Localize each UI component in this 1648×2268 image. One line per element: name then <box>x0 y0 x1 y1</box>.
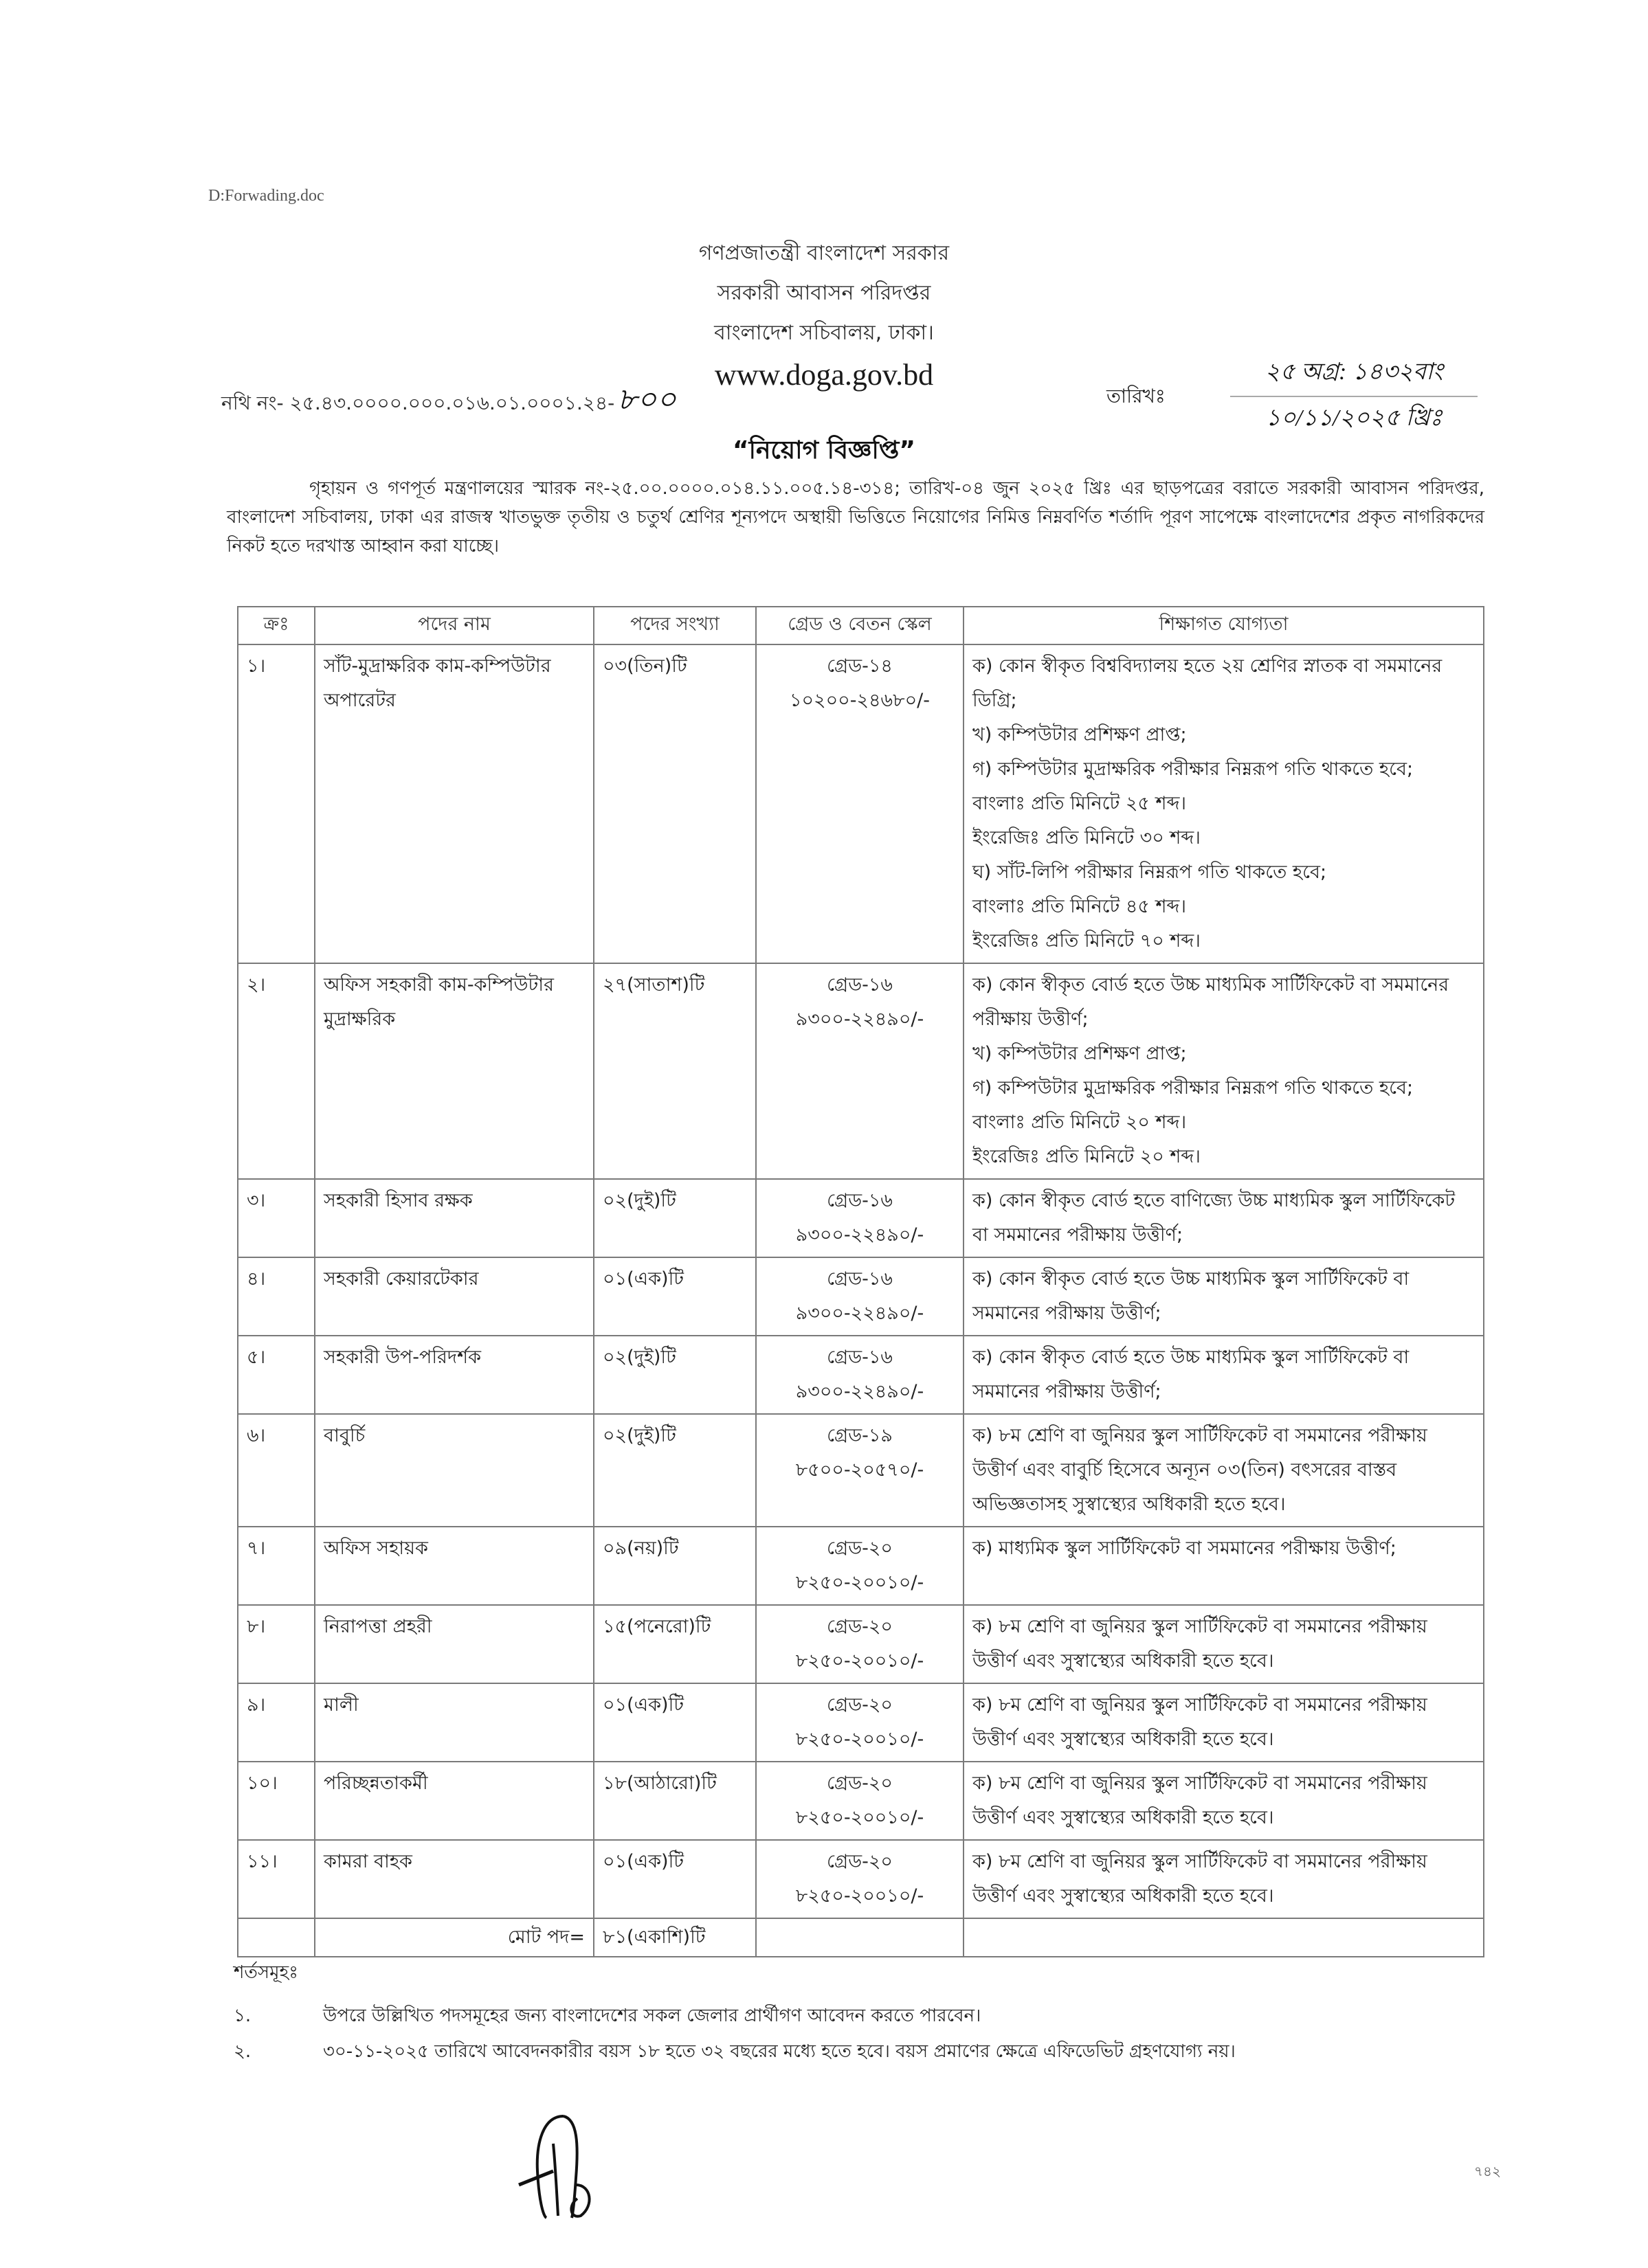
post-name-cell: নিরাপত্তা প্রহরী <box>315 1605 594 1683</box>
pay-scale-text: ৯৩০০-২২৪৯০/- <box>765 1002 955 1037</box>
header-post-count: পদের সংখ্যা <box>594 607 756 644</box>
table-row: ১।সাঁট-মুদ্রাক্ষরিক কাম-কম্পিউটার অপারেট… <box>238 644 1484 963</box>
table-row: ১০।পরিচ্ছন্নতাকর্মী১৮(আঠারো)টিগ্রেড-২০৮২… <box>238 1762 1484 1840</box>
grade-scale-cell: গ্রেড-২০৮২৫০-২০০১০/- <box>756 1840 964 1918</box>
qualification-line: ক) ৮ম শ্রেণি বা জুনিয়র স্কুল সার্টিফিকে… <box>972 1419 1475 1522</box>
qualification-line: ইংরেজিঃ প্রতি মিনিটে ২০ শব্দ। <box>972 1140 1475 1174</box>
grade-text: গ্রেড-১৬ <box>765 1184 955 1218</box>
header-serial: ক্রঃ <box>238 607 315 644</box>
qualification-line: ক) কোন স্বীকৃত বোর্ড হতে উচ্চ মাধ্যমিক স… <box>972 1262 1475 1331</box>
post-count-cell: ১৮(আঠারো)টি <box>594 1762 756 1840</box>
empty-cell <box>964 1918 1484 1957</box>
memo-handwritten-suffix: ৮০০ <box>617 383 676 416</box>
qualification-line: বাংলাঃ প্রতি মিনিটে ২৫ শব্দ। <box>972 787 1475 821</box>
post-count-cell: ০৯(নয়)টি <box>594 1527 756 1605</box>
conditions-section: শর্তসমূহঃ ১. উপরে উল্লিখিত পদসমূহের জন্য… <box>234 1958 1491 2069</box>
qualification-line: ক) ৮ম শ্রেণি বা জুনিয়র স্কুল সার্টিফিকে… <box>972 1766 1475 1835</box>
qualification-line: ক) কোন স্বীকৃত বোর্ড হতে উচ্চ মাধ্যমিক স… <box>972 968 1475 1037</box>
serial-cell: ৩। <box>238 1179 315 1257</box>
qualification-cell: ক) ৮ম শ্রেণি বা জুনিয়র স্কুল সার্টিফিকে… <box>964 1762 1484 1840</box>
page-number: ৭৪২ <box>1474 2162 1501 2184</box>
qualification-cell: ক) ৮ম শ্রেণি বা জুনিয়র স্কুল সার্টিফিকে… <box>964 1683 1484 1762</box>
qualification-cell: ক) ৮ম শ্রেণি বা জুনিয়র স্কুল সার্টিফিকে… <box>964 1840 1484 1918</box>
condition-number: ২. <box>234 2034 323 2069</box>
qualification-line: ইংরেজিঃ প্রতি মিনিটে ৩০ শব্দ। <box>972 821 1475 855</box>
table-row: ৯।মালী০১(এক)টিগ্রেড-২০৮২৫০-২০০১০/-ক) ৮ম … <box>238 1683 1484 1762</box>
header-qualification: শিক্ষাগত যোগ্যতা <box>964 607 1484 644</box>
post-name-cell: কামরা বাহক <box>315 1840 594 1918</box>
empty-cell <box>238 1918 315 1957</box>
grade-scale-cell: গ্রেড-১৬৯৩০০-২২৪৯০/- <box>756 1257 964 1336</box>
memo-number: নথি নং- ২৫.৪৩.০০০০.০০০.০১৬.০১.০০০১.২৪-৮০… <box>221 377 676 427</box>
serial-cell: ৭। <box>238 1527 315 1605</box>
post-count-cell: ১৫(পনেরো)টি <box>594 1605 756 1683</box>
pay-scale-text: ৯৩০০-২২৪৯০/- <box>765 1296 955 1331</box>
post-name-cell: বাবুর্চি <box>315 1414 594 1527</box>
table-row: ৩।সহকারী হিসাব রক্ষক০২(দুই)টিগ্রেড-১৬৯৩০… <box>238 1179 1484 1257</box>
conditions-heading: শর্তসমূহঃ <box>234 1958 1491 1988</box>
qualification-cell: ক) মাধ্যমিক স্কুল সার্টিফিকেট বা সমমানের… <box>964 1527 1484 1605</box>
grade-text: গ্রেড-১৯ <box>765 1419 955 1453</box>
notice-title: “নিয়োগ বিজ্ঞপ্তি” <box>0 431 1648 473</box>
memo-label: নথি নং- <box>221 392 284 414</box>
table-header-row: ক্রঃ পদের নাম পদের সংখ্যা গ্রেড ও বেতন স… <box>238 607 1484 644</box>
qualification-line: ক) কোন স্বীকৃত বোর্ড হতে উচ্চ মাধ্যমিক স… <box>972 1340 1475 1409</box>
serial-cell: ১। <box>238 644 315 963</box>
post-count-cell: ০১(এক)টি <box>594 1840 756 1918</box>
serial-cell: ১০। <box>238 1762 315 1840</box>
serial-cell: ৮। <box>238 1605 315 1683</box>
qualification-line: ক) ৮ম শ্রেণি বা জুনিয়র স্কুল সার্টিফিকে… <box>972 1845 1475 1913</box>
qualification-line: ক) ৮ম শ্রেণি বা জুনিয়র স্কুল সার্টিফিকে… <box>972 1688 1475 1757</box>
grade-text: গ্রেড-২০ <box>765 1610 955 1644</box>
qualification-cell: ক) কোন স্বীকৃত বোর্ড হতে বাণিজ্যে উচ্চ ম… <box>964 1179 1484 1257</box>
grade-scale-cell: গ্রেড-১৬৯৩০০-২২৪৯০/- <box>756 1336 964 1414</box>
total-row: মোট পদ=৮১(একাশি)টি <box>238 1918 1484 1957</box>
pay-scale-text: ৯৩০০-২২৪৯০/- <box>765 1218 955 1253</box>
qualification-line: বাংলাঃ প্রতি মিনিটে ২০ শব্দ। <box>972 1105 1475 1140</box>
post-count-cell: ২৭(সাতাশ)টি <box>594 963 756 1179</box>
grade-text: গ্রেড-১৬ <box>765 1340 955 1375</box>
grade-scale-cell: গ্রেড-১৯৮৫০০-২০৫৭০/- <box>756 1414 964 1527</box>
grade-text: গ্রেড-২০ <box>765 1531 955 1566</box>
serial-cell: ৯। <box>238 1683 315 1762</box>
serial-cell: ৬। <box>238 1414 315 1527</box>
post-name-cell: অফিস সহায়ক <box>315 1527 594 1605</box>
grade-scale-cell: গ্রেড-১৬৯৩০০-২২৪৯০/- <box>756 963 964 1179</box>
qualification-line: ঘ) সাঁট-লিপি পরীক্ষার নিম্নরূপ গতি থাকতে… <box>972 855 1475 890</box>
qualification-cell: ক) কোন স্বীকৃত বোর্ড হতে উচ্চ মাধ্যমিক স… <box>964 1257 1484 1336</box>
condition-text: ৩০-১১-২০২৫ তারিখে আবেদনকারীর বয়স ১৮ হতে… <box>323 2034 1491 2069</box>
pay-scale-text: ৯৩০০-২২৪৯০/- <box>765 1375 955 1409</box>
table-row: ৪।সহকারী কেয়ারটেকার০১(এক)টিগ্রেড-১৬৯৩০০… <box>238 1257 1484 1336</box>
department-name: সরকারী আবাসন পরিদপ্তর <box>0 273 1648 313</box>
empty-cell <box>756 1918 964 1957</box>
post-count-cell: ০৩(তিন)টি <box>594 644 756 963</box>
qualification-cell: ক) ৮ম শ্রেণি বা জুনিয়র স্কুল সার্টিফিকে… <box>964 1605 1484 1683</box>
qualification-cell: ক) কোন স্বীকৃত বোর্ড হতে উচ্চ মাধ্যমিক স… <box>964 963 1484 1179</box>
post-name-cell: সহকারী উপ-পরিদর্শক <box>315 1336 594 1414</box>
post-count-cell: ০২(দুই)টি <box>594 1414 756 1527</box>
total-label: মোট পদ= <box>315 1918 594 1957</box>
table-row: ৫।সহকারী উপ-পরিদর্শক০২(দুই)টিগ্রেড-১৬৯৩০… <box>238 1336 1484 1414</box>
grade-scale-cell: গ্রেড-২০৮২৫০-২০০১০/- <box>756 1527 964 1605</box>
condition-number: ১. <box>234 1998 323 2034</box>
date-label: তারিখঃ <box>1106 381 1166 414</box>
qualification-line: বাংলাঃ প্রতি মিনিটে ৪৫ শব্দ। <box>972 890 1475 924</box>
post-name-cell: মালী <box>315 1683 594 1762</box>
grade-text: গ্রেড-২০ <box>765 1688 955 1722</box>
qualification-cell: ক) কোন স্বীকৃত বিশ্ববিদ্যালয় হতে ২য় শ্… <box>964 644 1484 963</box>
date-bangla: ২৫ অগ্র: ১৪৩২বাং <box>1230 354 1478 397</box>
grade-text: গ্রেড-১৪ <box>765 649 955 684</box>
condition-item: ২. ৩০-১১-২০২৫ তারিখে আবেদনকারীর বয়স ১৮ … <box>234 2034 1491 2069</box>
qualification-line: ক) ৮ম শ্রেণি বা জুনিয়র স্কুল সার্টিফিকে… <box>972 1610 1475 1678</box>
office-address: বাংলাদেশ সচিবালয়, ঢাকা। <box>0 313 1648 353</box>
grade-text: গ্রেড-১৬ <box>765 968 955 1002</box>
government-name: গণপ্রজাতন্ত্রী বাংলাদেশ সরকার <box>0 234 1648 273</box>
grade-text: গ্রেড-২০ <box>765 1845 955 1879</box>
post-name-cell: অফিস সহকারী কাম-কম্পিউটার মুদ্রাক্ষরিক <box>315 963 594 1179</box>
intro-text: গৃহায়ন ও গণপূর্ত মন্ত্রণালয়ের স্মারক ন… <box>227 474 1484 561</box>
grade-scale-cell: গ্রেড-১৬৯৩০০-২২৪৯০/- <box>756 1179 964 1257</box>
grade-scale-cell: গ্রেড-১৪১০২০০-২৪৬৮০/- <box>756 644 964 963</box>
pay-scale-text: ৮২৫০-২০০১০/- <box>765 1801 955 1835</box>
post-name-cell: সহকারী হিসাব রক্ষক <box>315 1179 594 1257</box>
post-name-cell: সাঁট-মুদ্রাক্ষরিক কাম-কম্পিউটার অপারেটর <box>315 644 594 963</box>
table-row: ৮।নিরাপত্তা প্রহরী১৫(পনেরো)টিগ্রেড-২০৮২৫… <box>238 1605 1484 1683</box>
signature-icon <box>515 2102 625 2219</box>
qualification-line: ক) কোন স্বীকৃত বোর্ড হতে বাণিজ্যে উচ্চ ম… <box>972 1184 1475 1253</box>
post-count-cell: ০১(এক)টি <box>594 1683 756 1762</box>
header-grade-scale: গ্রেড ও বেতন স্কেল <box>756 607 964 644</box>
condition-text: উপরে উল্লিখিত পদসমূহের জন্য বাংলাদেশের স… <box>323 1998 1491 2034</box>
qualification-line: গ) কম্পিউটার মুদ্রাক্ষরিক পরীক্ষার নিম্ন… <box>972 752 1475 787</box>
qualification-line: খ) কম্পিউটার প্রশিক্ষণ প্রাপ্ত; <box>972 1037 1475 1071</box>
table-row: ২।অফিস সহকারী কাম-কম্পিউটার মুদ্রাক্ষরিক… <box>238 963 1484 1179</box>
grade-scale-cell: গ্রেড-২০৮২৫০-২০০১০/- <box>756 1683 964 1762</box>
grade-scale-cell: গ্রেড-২০৮২৫০-২০০১০/- <box>756 1605 964 1683</box>
serial-cell: ২। <box>238 963 315 1179</box>
table-body: ১।সাঁট-মুদ্রাক্ষরিক কাম-কম্পিউটার অপারেট… <box>238 644 1484 1957</box>
grade-text: গ্রেড-২০ <box>765 1766 955 1801</box>
post-name-cell: সহকারী কেয়ারটেকার <box>315 1257 594 1336</box>
serial-cell: ৪। <box>238 1257 315 1336</box>
table-row: ১১।কামরা বাহক০১(এক)টিগ্রেড-২০৮২৫০-২০০১০/… <box>238 1840 1484 1918</box>
pay-scale-text: ৮২৫০-২০০১০/- <box>765 1722 955 1757</box>
pay-scale-text: ৮২৫০-২০০১০/- <box>765 1879 955 1913</box>
grade-text: গ্রেড-১৬ <box>765 1262 955 1296</box>
post-count-cell: ০১(এক)টি <box>594 1257 756 1336</box>
qualification-line: খ) কম্পিউটার প্রশিক্ষণ প্রাপ্ত; <box>972 718 1475 752</box>
serial-cell: ৫। <box>238 1336 315 1414</box>
serial-cell: ১১। <box>238 1840 315 1918</box>
qualification-line: ক) মাধ্যমিক স্কুল সার্টিফিকেট বা সমমানের… <box>972 1531 1475 1566</box>
total-value: ৮১(একাশি)টি <box>594 1918 756 1957</box>
post-name-cell: পরিচ্ছন্নতাকর্মী <box>315 1762 594 1840</box>
pay-scale-text: ৮৫০০-২০৫৭০/- <box>765 1453 955 1487</box>
table-row: ৬।বাবুর্চি০২(দুই)টিগ্রেড-১৯৮৫০০-২০৫৭০/-ক… <box>238 1414 1484 1527</box>
header-post-name: পদের নাম <box>315 607 594 644</box>
grade-scale-cell: গ্রেড-২০৮২৫০-২০০১০/- <box>756 1762 964 1840</box>
qualification-line: গ) কম্পিউটার মুদ্রাক্ষরিক পরীক্ষার নিম্ন… <box>972 1071 1475 1105</box>
pay-scale-text: ১০২০০-২৪৬৮০/- <box>765 684 955 718</box>
table-row: ৭।অফিস সহায়ক০৯(নয়)টিগ্রেড-২০৮২৫০-২০০১০… <box>238 1527 1484 1605</box>
intro-paragraph: গৃহায়ন ও গণপূর্ত মন্ত্রণালয়ের স্মারক ন… <box>227 474 1484 561</box>
condition-item: ১. উপরে উল্লিখিত পদসমূহের জন্য বাংলাদেশে… <box>234 1998 1491 2034</box>
qualification-cell: ক) ৮ম শ্রেণি বা জুনিয়র স্কুল সার্টিফিকে… <box>964 1414 1484 1527</box>
pay-scale-text: ৮২৫০-২০০১০/- <box>765 1644 955 1678</box>
qualification-cell: ক) কোন স্বীকৃত বোর্ড হতে উচ্চ মাধ্যমিক স… <box>964 1336 1484 1414</box>
memo-number-value: ২৫.৪৩.০০০০.০০০.০১৬.০১.০০০১.২৪- <box>290 392 615 414</box>
pay-scale-text: ৮২৫০-২০০১০/- <box>765 1566 955 1600</box>
qualification-line: ক) কোন স্বীকৃত বিশ্ববিদ্যালয় হতে ২য় শ্… <box>972 649 1475 718</box>
file-label: D:Forwading.doc <box>208 187 324 205</box>
post-count-cell: ০২(দুই)টি <box>594 1336 756 1414</box>
post-count-cell: ০২(দুই)টি <box>594 1179 756 1257</box>
qualification-line: ইংরেজিঃ প্রতি মিনিটে ৭০ শব্দ। <box>972 924 1475 958</box>
vacancy-table: ক্রঃ পদের নাম পদের সংখ্যা গ্রেড ও বেতন স… <box>237 606 1484 1957</box>
